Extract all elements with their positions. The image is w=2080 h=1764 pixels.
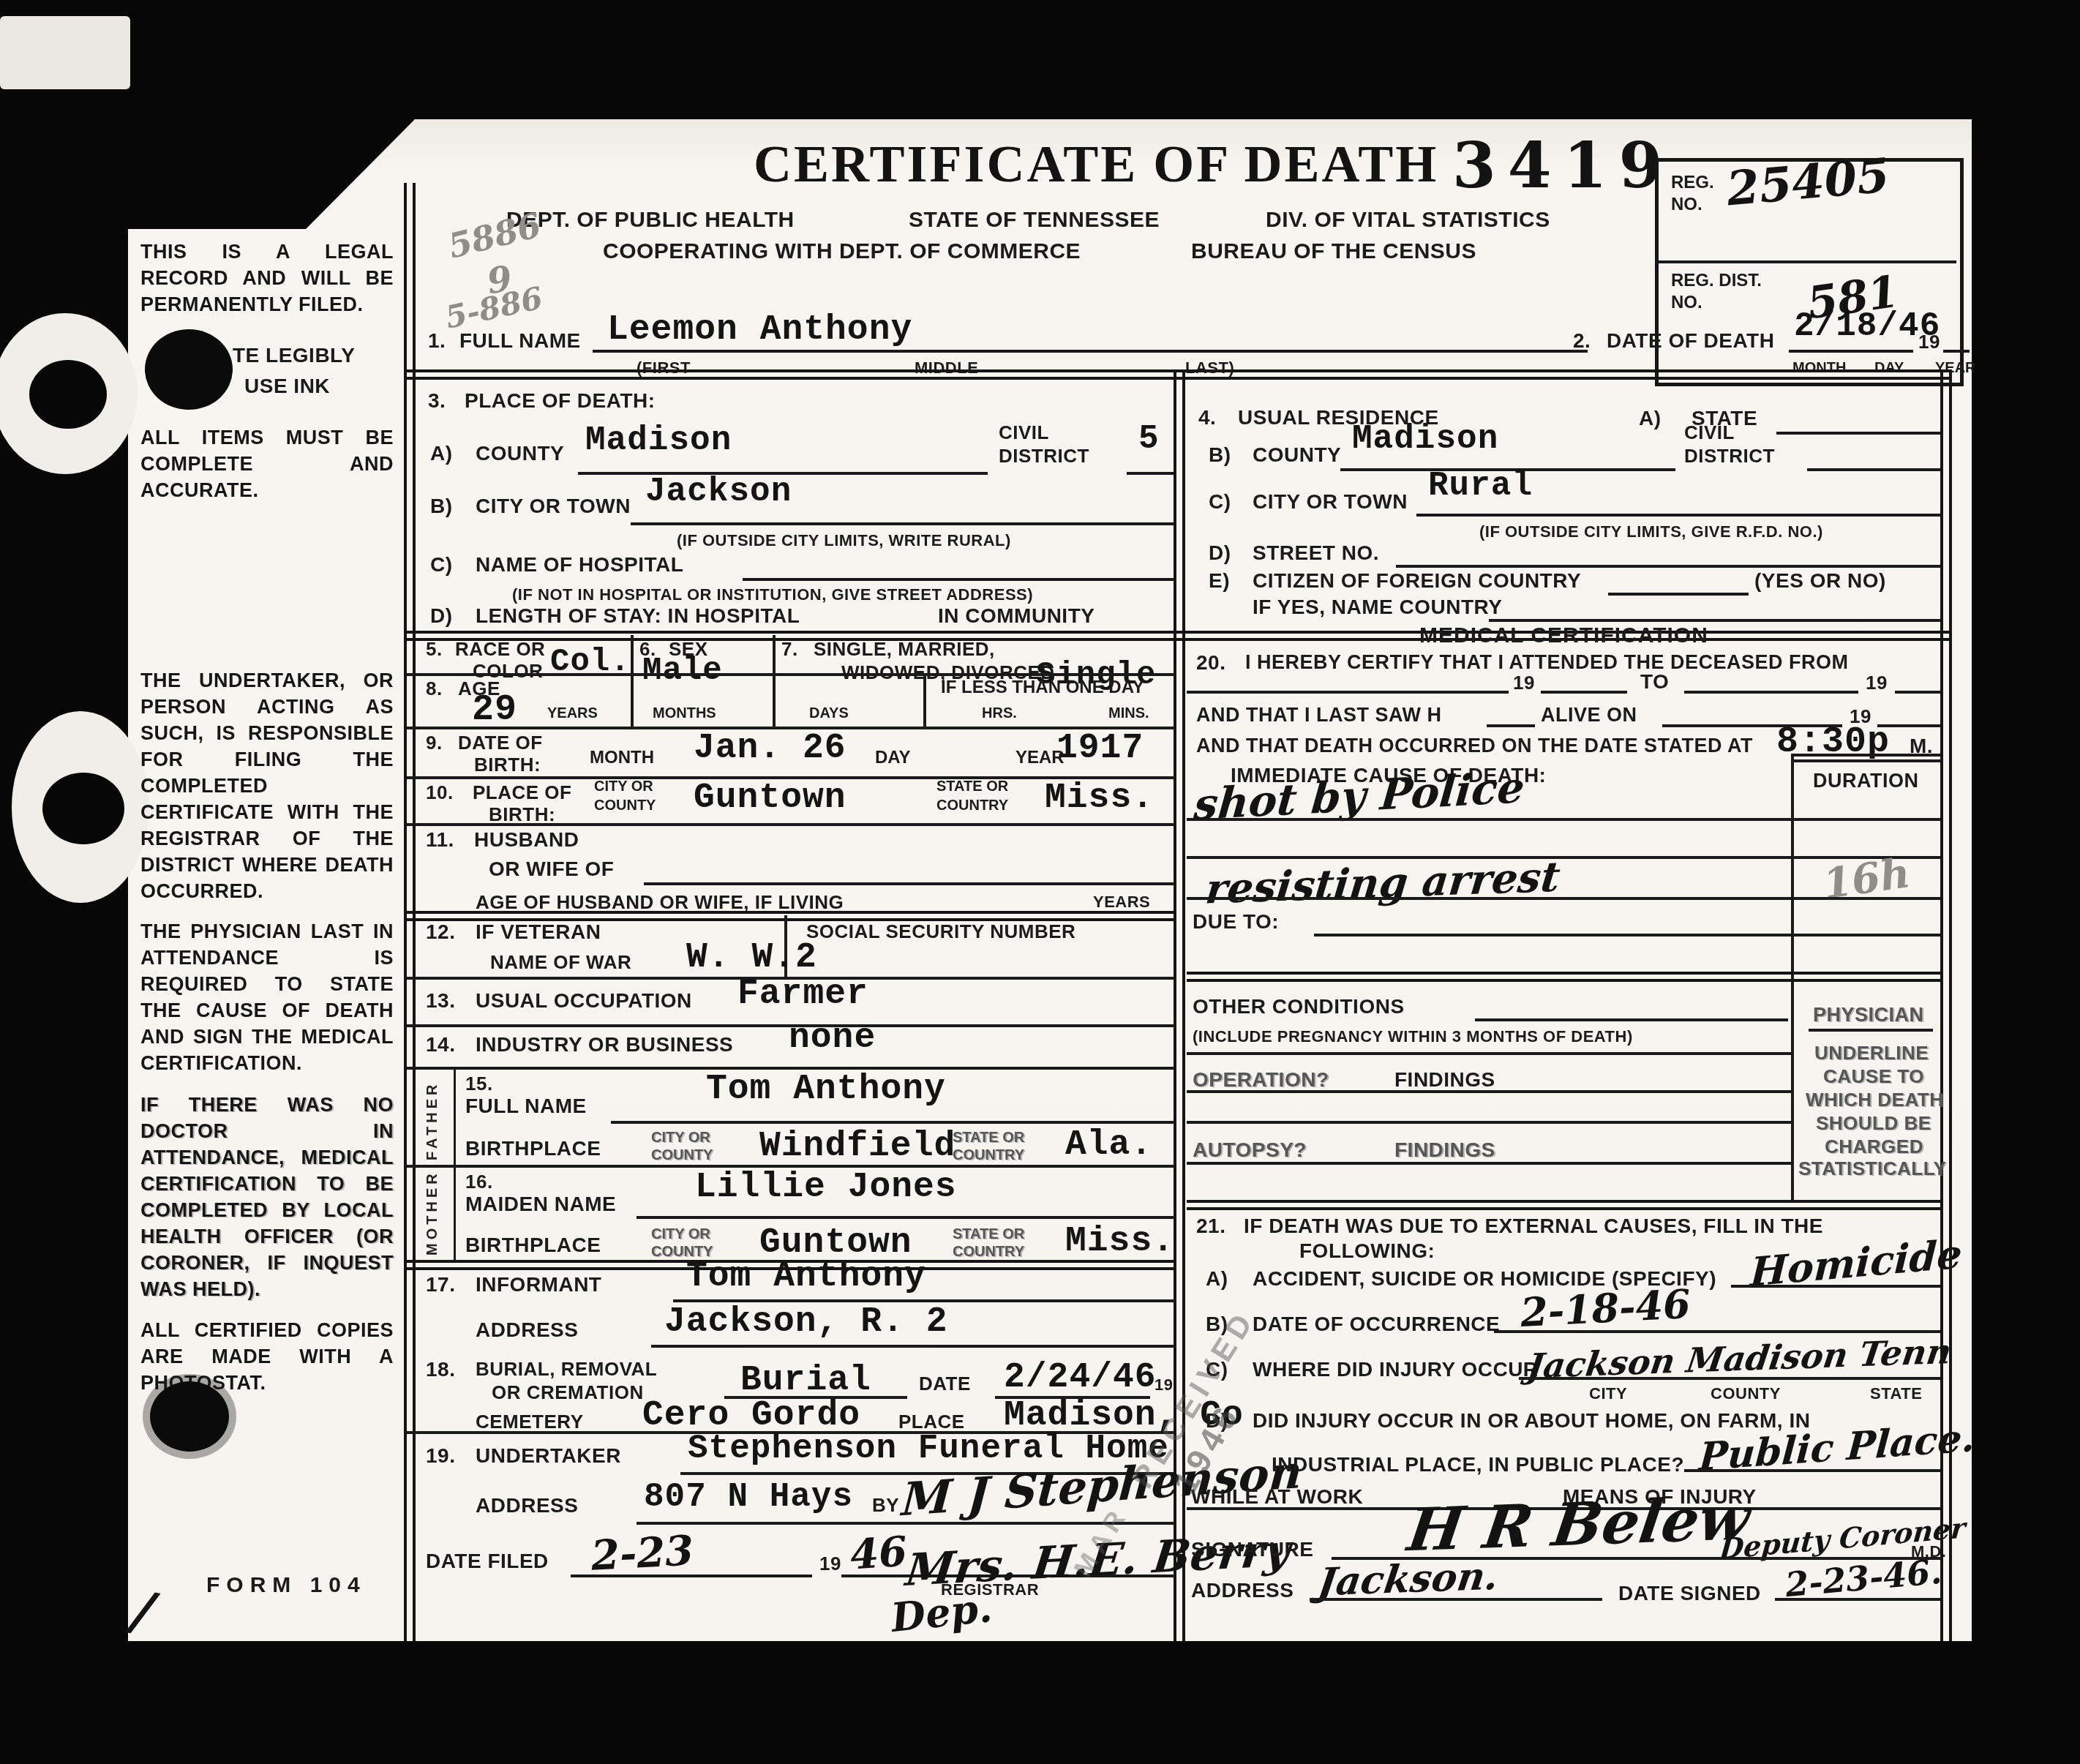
date-signed-label: DATE SIGNED (1618, 1582, 1761, 1605)
field11-num: 11. (426, 828, 454, 852)
physician-note-line: CAUSE TO (1823, 1065, 1924, 1088)
field21d-label: DID INJURY OCCUR IN OR ABOUT HOME, ON FA… (1253, 1409, 1810, 1433)
burial-value: Burial (740, 1361, 871, 1400)
field4d: D) (1209, 541, 1231, 565)
duration-box-top (1791, 754, 1940, 757)
field4d-label: STREET NO. (1253, 541, 1379, 565)
rule (1487, 724, 1535, 727)
field2-num: 2. (1573, 329, 1591, 353)
field3c-label: NAME OF HOSPITAL (476, 553, 683, 577)
civil-label: CIVIL (999, 421, 1049, 444)
signature-label: SIGNATURE (1191, 1538, 1313, 1561)
state-or-label: STATE OR (936, 778, 1008, 795)
father-birthplace-state-value: Ala. (1065, 1125, 1152, 1165)
agency-state: STATE OF TENNESSEE (909, 208, 1160, 233)
physician-note-line: STATISTICALLY (1798, 1157, 1946, 1180)
mother-city-or-label: CITY OR (651, 1226, 710, 1243)
state-sublabel: STATE (1870, 1384, 1922, 1403)
rule (571, 1575, 812, 1577)
side-strip-divider (454, 1067, 456, 1260)
field9-num: 9. (426, 732, 443, 754)
field4b: B) (1209, 443, 1231, 467)
field10-num: 10. (426, 781, 454, 804)
physician-note-line: WHICH DEATH (1806, 1089, 1943, 1111)
physician-note-line: SHOULD BE (1816, 1112, 1931, 1135)
field3a-label: COUNTY (476, 442, 564, 465)
months-label: MONTHS (653, 705, 716, 722)
field3-label: PLACE OF DEATH: (465, 389, 656, 413)
operation-label: OPERATION? (1193, 1068, 1329, 1092)
punch-hole-bottom-center (42, 773, 124, 844)
field19-num: 19. (426, 1444, 455, 1468)
findings-label2: FINDINGS (1394, 1138, 1495, 1162)
community-label: IN COMMUNITY (938, 604, 1095, 628)
other-conditions-label: OTHER CONDITIONS (1193, 995, 1405, 1018)
burial-date-label: DATE (919, 1373, 971, 1395)
heavy-rule (407, 911, 1175, 921)
father-state-or-label: STATE OR (953, 1130, 1024, 1146)
date-filed-value: 2-23 (590, 1526, 694, 1580)
reg-no-label: REG. (1671, 173, 1714, 193)
residence-city-value: Rural (1428, 467, 1533, 505)
war-value: W. W.2 (686, 938, 817, 977)
county-sublabel: COUNTY (1711, 1384, 1781, 1403)
field3a: A) (430, 442, 453, 465)
field18-label: BURIAL, REMOVAL (476, 1358, 657, 1381)
field4e: E) (1209, 569, 1230, 593)
field11-label2: OR WIFE OF (489, 857, 614, 881)
field18-label2: OR CREMATION (492, 1381, 644, 1404)
last-saw-label: AND THAT I LAST SAW H (1196, 704, 1441, 727)
birth-year-value: 1917 (1056, 729, 1144, 768)
rule (1314, 934, 1940, 937)
physician-sidebar-title: PHYSICIAN (1813, 1004, 1924, 1027)
field4-num: 4. (1198, 406, 1216, 429)
rule (631, 522, 1174, 525)
coroner-signature: H R Belew (1404, 1484, 1754, 1565)
rule (1731, 1285, 1940, 1288)
coroner-address-value: Jackson. (1315, 1554, 1501, 1605)
printed-19: 19 (1866, 672, 1888, 694)
birthplace-city-value: Guntown (694, 778, 846, 818)
field4c: C) (1209, 490, 1231, 514)
residence-county-value: Madison (1352, 420, 1498, 458)
county-label: COUNTY (594, 797, 656, 814)
findings-label: FINDINGS (1394, 1068, 1495, 1092)
margin-note-physician: THE PHYSICIAN LAST IN ATTENDANCE IS REQU… (140, 918, 394, 1076)
undertaker-address-label: ADDRESS (476, 1494, 578, 1517)
residence-district-label: DISTRICT (1684, 445, 1775, 468)
punch-hole-top-center (29, 360, 107, 429)
father-side-label: FATHER (424, 1081, 441, 1160)
rule (1127, 472, 1174, 475)
field13-num: 13. (426, 989, 455, 1013)
civil-district-value: 5 (1138, 420, 1160, 458)
field4e-label: CITIZEN OF FOREIGN COUNTRY (1253, 569, 1581, 593)
ssn-label: SOCIAL SECURITY NUMBER (806, 920, 1075, 943)
hospital-note: (IF NOT IN HOSPITAL OR INSTITUTION, GIVE… (512, 585, 1033, 604)
rule (637, 1216, 1175, 1219)
burial-date-value: 2/24/46 (1004, 1358, 1157, 1397)
agency-public-health: DEPT. OF PUBLIC HEALTH (506, 208, 795, 233)
cell-divider (773, 635, 776, 673)
field21b-label: DATE OF OCCURRENCE (1253, 1313, 1500, 1336)
mother-birthplace-state-value: Miss. (1065, 1222, 1174, 1261)
rule (743, 578, 1174, 581)
field1-label: FULL NAME (459, 329, 581, 353)
mother-name-label: MAIDEN NAME (465, 1193, 616, 1216)
duration-label: DURATION (1813, 770, 1918, 792)
father-birthplace-label: BIRTHPLACE (465, 1137, 601, 1160)
certificate-number: 3419 (1452, 129, 1674, 203)
birthplace-state-value: Miss. (1045, 778, 1154, 818)
rule (593, 350, 1588, 353)
rule (1541, 691, 1627, 694)
field3b: B) (430, 495, 453, 518)
father-name-label: FULL NAME (465, 1095, 587, 1118)
margin-note-complete-accurate: ALL ITEMS MUST BE COMPLETE AND ACCURATE. (140, 424, 394, 503)
ink-blot-icon (145, 329, 233, 410)
physician-note-line: CHARGED (1825, 1136, 1923, 1158)
field10-label: PLACE OF (473, 781, 571, 804)
residence-civil-label: CIVIL (1684, 421, 1735, 444)
field18-num: 18. (426, 1358, 455, 1381)
cell-divider (773, 673, 776, 727)
rule (1776, 432, 1940, 435)
less-than-one-day-label: IF LESS THAN ONE DAY (941, 678, 1144, 698)
cemetery-label: CEMETERY (476, 1411, 584, 1433)
printed-19: 19 (819, 1553, 841, 1575)
rule (1519, 1377, 1940, 1380)
margin-note-legal-record: THIS IS A LEGAL RECORD AND WILL BE PERMA… (140, 239, 394, 318)
undertaker-address-value: 807 N Hays (644, 1478, 853, 1516)
industry-value: none (789, 1018, 876, 1058)
reg-dist-label2: NO. (1671, 293, 1702, 313)
date-of-occurrence-value: 2-18-46 (1519, 1280, 1692, 1336)
margin-note-no-doctor: IF THERE WAS NO DOCTOR IN ATTENDANCE, ME… (140, 1092, 394, 1302)
field21a: A) (1206, 1267, 1228, 1291)
rule (1494, 1330, 1940, 1333)
rule (1187, 1162, 1791, 1165)
ink-blot-icon (150, 1381, 229, 1452)
medical-heading: MEDICAL CERTIFICATION (1419, 623, 1708, 648)
field21c-label: WHERE DID INJURY OCCUR (1253, 1358, 1539, 1381)
father-county-label: COUNTY (651, 1147, 713, 1164)
rule (611, 1121, 1175, 1124)
rule (407, 673, 1175, 676)
field11-label: HUSBAND (474, 828, 579, 852)
city-sublabel: CITY (1589, 1384, 1627, 1403)
name-country-label: IF YES, NAME COUNTRY (1253, 596, 1502, 619)
rule (1310, 1598, 1602, 1601)
field5-label: RACE OR (455, 638, 545, 661)
informant-address-value: Jackson, R. 2 (664, 1302, 947, 1342)
cell-divider (923, 673, 926, 727)
date-filed-year-value: 46 (849, 1527, 909, 1579)
rule (1187, 1052, 1791, 1055)
rule (1943, 350, 1970, 353)
cell-divider (631, 635, 634, 673)
physician-note-line: UNDERLINE (1814, 1042, 1929, 1065)
father-country-label: COUNTRY (953, 1147, 1024, 1164)
mother-state-or-label: STATE OR (953, 1226, 1024, 1243)
field7-label: SINGLE, MARRIED, (814, 638, 995, 661)
mother-name-value: Lillie Jones (695, 1168, 957, 1207)
days-label: DAYS (809, 705, 849, 722)
field21d-label2: INDUSTRIAL PLACE, IN PUBLIC PLACE? (1272, 1453, 1684, 1476)
yes-or-no-note: (YES OR NO) (1754, 569, 1886, 593)
printed-19: 19 (1154, 1375, 1173, 1395)
autopsy-label: AUTOPSY? (1193, 1138, 1307, 1162)
death-county-value: Madison (585, 421, 732, 459)
field5-num: 5. (426, 638, 443, 661)
due-to-label: DUE TO: (1193, 910, 1279, 934)
father-name-value: Tom Anthony (706, 1070, 946, 1109)
rule (1187, 691, 1509, 694)
reg-box-rule (1655, 260, 1956, 263)
father-city-or-label: CITY OR (651, 1130, 710, 1146)
field16-num: 16. (465, 1171, 493, 1193)
rule (644, 882, 1175, 885)
rule (1489, 619, 1940, 622)
rule (1807, 468, 1940, 471)
father-birthplace-city-value: Windfield (759, 1127, 955, 1166)
heavy-rule (1187, 1200, 1940, 1210)
rule (1684, 1469, 1940, 1472)
years-label: YEARS (547, 705, 598, 722)
country-label: COUNTRY (936, 797, 1008, 814)
field9-label2: BIRTH: (474, 754, 541, 776)
agency-commerce: COOPERATING WITH DEPT. OF COMMERCE (603, 239, 1081, 264)
rule (1187, 818, 1940, 821)
full-name-value: Leemon Anthony (607, 310, 912, 350)
informant-value: Tom Anthony (686, 1257, 926, 1296)
mother-side-label: MOTHER (424, 1170, 441, 1256)
coroner-address-label: ADDRESS (1191, 1579, 1294, 1602)
printed-19: 19 (1513, 672, 1535, 694)
field20-label: I HEREBY CERTIFY THAT I ATTENDED THE DEC… (1245, 651, 1849, 674)
field20-num: 20. (1196, 651, 1225, 675)
scanned-death-certificate: THIS IS A LEGAL RECORD AND WILL BE PERMA… (0, 0, 2080, 1764)
rule (1187, 897, 1940, 900)
margin-note-undertaker: THE UNDERTAKER, OR PERSON ACTING AS SUCH… (140, 667, 394, 904)
to-label: TO (1640, 670, 1669, 694)
field4a: A) (1639, 407, 1662, 430)
residence-city-note: (IF OUTSIDE CITY LIMITS, GIVE R.F.D. NO.… (1479, 522, 1823, 541)
field21-label: IF DEATH WAS DUE TO EXTERNAL CAUSES, FIL… (1244, 1215, 1823, 1238)
scan-artifact-chip (0, 16, 130, 89)
field3b-label: CITY OR TOWN (476, 495, 631, 518)
field14-label: INDUSTRY OR BUSINESS (476, 1033, 733, 1056)
field19-label: UNDERTAKER (476, 1444, 621, 1468)
margin-note-use-ink: USE INK (244, 375, 330, 398)
heavy-rule (407, 631, 1952, 641)
rule (1809, 1029, 1933, 1032)
mother-country-label: COUNTRY (953, 1244, 1024, 1261)
field12-label2: NAME OF WAR (490, 951, 631, 974)
city-note: (IF OUTSIDE CITY LIMITS, WRITE RURAL) (677, 531, 1011, 550)
field12-num: 12. (426, 920, 455, 944)
printed-19: 19 (1918, 331, 1940, 353)
birth-month-value: Jan. 26 (694, 729, 846, 768)
heavy-rule (1187, 972, 1940, 982)
page-title: CERTIFICATE OF DEATH (754, 134, 1339, 195)
rule (1416, 514, 1940, 517)
rule (1187, 856, 1940, 859)
field3-num: 3. (428, 389, 446, 413)
field4b-label: COUNTY (1253, 443, 1341, 467)
sex-value: Male (642, 653, 723, 689)
reg-no-label2: NO. (1671, 195, 1702, 215)
field15-num: 15. (465, 1073, 493, 1095)
field8-num: 8. (426, 678, 443, 700)
rule (1475, 1018, 1788, 1021)
while-at-work-label: WHILE AT WORK (1191, 1485, 1363, 1509)
rule (1187, 1090, 1791, 1093)
spouse-years-label: YEARS (1093, 893, 1150, 912)
hrs-label: HRS. (982, 705, 1017, 722)
day-label: DAY (875, 748, 910, 768)
rule (651, 1345, 1175, 1348)
rule (1895, 691, 1940, 694)
occupation-value: Farmer (737, 975, 868, 1014)
pregnancy-note: (INCLUDE PREGNANCY WITHIN 3 MONTHS OF DE… (1193, 1027, 1633, 1046)
rule (1775, 1598, 1940, 1601)
rule (1396, 565, 1940, 568)
field17-num: 17. (426, 1273, 455, 1296)
cell-divider (631, 673, 634, 727)
age-value: 29 (472, 689, 517, 731)
field3d-label: LENGTH OF STAY: IN HOSPITAL (476, 604, 800, 628)
field9-label: DATE OF (458, 732, 543, 754)
field21-num: 21. (1196, 1215, 1225, 1238)
rule (1789, 350, 1913, 353)
agency-census: BUREAU OF THE CENSUS (1191, 239, 1476, 264)
field2-label: DATE OF DEATH (1607, 329, 1774, 353)
duration-box-top2 (1791, 759, 1940, 762)
rule (1608, 593, 1749, 596)
month-label: MONTH (590, 748, 654, 768)
field4c-label: CITY OR TOWN (1253, 490, 1408, 514)
by-label: BY (872, 1494, 899, 1517)
mins-label: MINS. (1108, 705, 1149, 722)
field3c: C) (430, 553, 453, 577)
rule (1684, 691, 1858, 694)
margin-note-write-legibly: TE LEGIBLY (233, 344, 355, 367)
field17-label: INFORMANT (476, 1273, 601, 1296)
city-or-label: CITY OR (594, 778, 653, 795)
field12-label: IF VETERAN (476, 920, 601, 944)
death-city-value: Jackson (645, 473, 792, 511)
field3d: D) (430, 604, 453, 628)
reg-dist-label: REG. DIST. (1671, 271, 1762, 291)
rule (1187, 1121, 1791, 1124)
death-occurred-label: AND THAT DEATH OCCURRED ON THE DATE STAT… (1196, 735, 1753, 757)
agency-vital-statistics: DIV. OF VITAL STATISTICS (1266, 208, 1550, 233)
rule (407, 823, 1175, 826)
field14-num: 14. (426, 1033, 455, 1056)
date-filed-label: DATE FILED (426, 1550, 549, 1573)
form-number: FORM 104 (206, 1573, 367, 1598)
field21-label2: FOLLOWING: (1299, 1239, 1435, 1263)
field7-num: 7. (781, 638, 798, 661)
field13-label: USUAL OCCUPATION (476, 989, 692, 1013)
informant-address-label: ADDRESS (476, 1318, 578, 1342)
mother-birthplace-label: BIRTHPLACE (465, 1234, 601, 1257)
district-label: DISTRICT (999, 445, 1089, 468)
alive-on-label: ALIVE ON (1541, 704, 1637, 727)
field1-num: 1. (428, 329, 446, 353)
